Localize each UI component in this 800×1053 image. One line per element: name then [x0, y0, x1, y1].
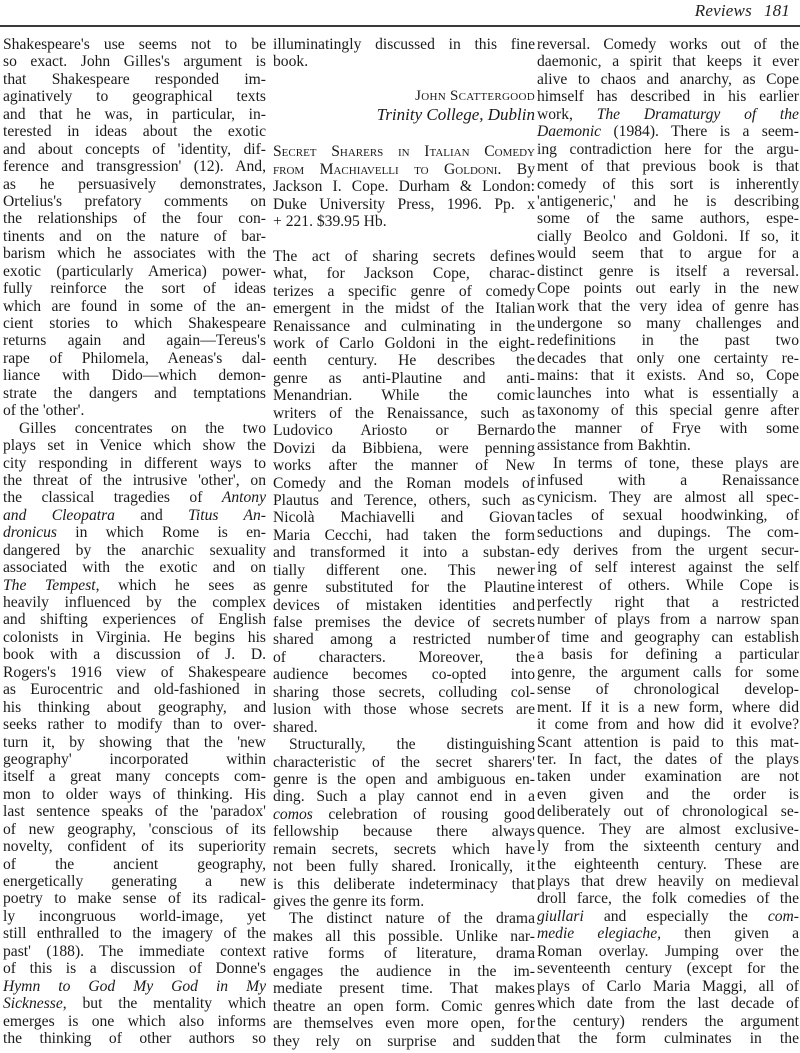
text-line: exotic (particularly America) power- — [3, 263, 266, 280]
text-line: devices of mistaken identities and — [273, 597, 535, 614]
book-by: By — [517, 161, 535, 178]
text-line: Scant attention is paid to this mat- — [537, 734, 799, 751]
text-line: cynicism. They are almost all spec- — [537, 489, 799, 506]
text-line: illuminatingly discussed in this fine — [273, 36, 535, 53]
text-line: would seem that to argue for a — [537, 245, 799, 262]
text-line: himself has described in his earlier — [537, 88, 799, 105]
text-line: 'antigeneric,' and he is describing — [537, 193, 799, 210]
text-line: plays that drew heavily on medieval — [537, 873, 799, 890]
text-line: his thinking about geography, and — [3, 699, 266, 716]
text-line: terizes a specific genre of comedy — [273, 283, 535, 300]
text-line: colonists in Virginia. He begins his — [3, 629, 266, 646]
text-line: of new geography, 'conscious of its — [3, 821, 266, 838]
paragraph: Shakespeare's use seems not to beso exac… — [3, 36, 266, 420]
italic-title: Titus An- — [188, 507, 266, 524]
text-line: characteristic of the secret sharers' — [273, 754, 535, 771]
text-line: fellowship because there always — [273, 823, 535, 840]
text-line: of the 'other'. — [3, 402, 266, 419]
italic-title: and Cleopatra — [3, 507, 115, 524]
text-line: plays set in Venice which show the — [3, 437, 266, 454]
text-line: energetically generating a new — [3, 873, 266, 890]
text-line: aginatively to geographical texts — [3, 88, 266, 105]
paragraph: reversal. Comedy works out of thedaemoni… — [537, 36, 799, 455]
book-title-line-2: from Machiavelli to Goldoni. — [273, 161, 501, 178]
text-line: comedy of this sort is inherently — [537, 176, 799, 193]
text-line: Comedy and the Roman models of — [273, 475, 535, 492]
text-line: seeks rather to modify than to over- — [3, 716, 266, 733]
text-line: returns again and again—Tereus's — [3, 332, 266, 349]
text-line: seductions and dupings. The com- — [537, 524, 799, 541]
text-line: The Tempest, which he sees as — [3, 577, 266, 594]
text-line: shared. — [273, 719, 535, 736]
text-line: Nicolà Machiavelli and Giovan — [273, 509, 535, 526]
text-line: Ortelius's prefatory comments on — [3, 193, 266, 210]
text-line: seventeenth century (except for the — [537, 960, 799, 977]
text-line: ly from the sixteenth century and — [537, 838, 799, 855]
text-line: dangered by the anarchic sexuality — [3, 542, 266, 559]
text-line: taxonomy of this special genre after — [537, 402, 799, 419]
text-line: comos celebration of rousing good — [273, 806, 535, 823]
text-line: the classical tragedies of Antony — [3, 489, 266, 506]
text-line: genre is the open and ambiguous en- — [273, 771, 535, 788]
text-line: Shakespeare's use seems not to be — [3, 36, 266, 53]
text-line: novelty, confident of its superiority — [3, 838, 266, 855]
text-line: Plautus and Terence, others, such as — [273, 492, 535, 509]
running-head-section: Reviews — [695, 1, 752, 20]
text-line: book with a discussion of J. D. — [3, 646, 266, 663]
paragraph: The act of sharing secrets defineswhat, … — [273, 248, 535, 736]
text-line: book. — [273, 53, 535, 70]
text-line: The distinct nature of the drama — [273, 910, 535, 927]
text-line: itself a great many concepts com- — [3, 768, 266, 785]
text-line: number of plays from a narrow span — [537, 611, 799, 628]
text-line: turn it, by showing that the 'new — [3, 734, 266, 751]
text-line: undergone so many challenges and — [537, 315, 799, 332]
review-body: The act of sharing secrets defineswhat, … — [273, 248, 535, 1050]
text-line: work that the very idea of genre has — [537, 298, 799, 315]
text-line: Structurally, the distinguishing — [273, 736, 535, 753]
text-line: it come from and how did it evolve? — [537, 716, 799, 733]
text-line: a basis for defining a particular — [537, 646, 799, 663]
text-line: shared among a restricted number — [273, 631, 535, 648]
text-line: audience becomes co-opted into — [273, 666, 535, 683]
text-line: decades that only one certainty re- — [537, 350, 799, 367]
text-line: taken under examination are not — [537, 768, 799, 785]
text-line: mon to older ways of thinking. His — [3, 786, 266, 803]
text-line: tacles of sexual hoodwinking, of — [537, 507, 799, 524]
text-line: plays of Carlo Maria Maggi, all of — [537, 978, 799, 995]
text-line: rape of Philomela, Aeneas's dal- — [3, 350, 266, 367]
text-line: which date from the last decade of — [537, 995, 799, 1012]
text-line: Jackson I. Cope. Durham & London: — [273, 178, 535, 195]
text-line: ment. If it is a new form, where did — [537, 699, 799, 716]
paragraph: In terms of tone, these plays areinfused… — [537, 455, 799, 1048]
text-line: geography' incorporated within — [3, 751, 266, 768]
text-line: so exact. John Gilles's argument is — [3, 53, 266, 70]
book-publication-details: Jackson I. Cope. Durham & London:Duke Un… — [273, 178, 535, 230]
text-line: lusion with those whose secrets are — [273, 701, 535, 718]
text-line: Roman overlay. Jumping over the — [537, 943, 799, 960]
text-line: genre substituted for the Plautine — [273, 579, 535, 596]
text-line: theatre an open form. Comic genres — [273, 998, 535, 1015]
text-line: and shifting experiences of English — [3, 611, 266, 628]
reviewer-name: John Scattergood — [273, 88, 535, 105]
text-line: Ludovico Ariosto or Bernardo — [273, 422, 535, 439]
text-line: still enthralled to the imagery of the — [3, 925, 266, 942]
text-line: of time and geography can establish — [537, 629, 799, 646]
text-line: droll farce, the folk comedies of the — [537, 890, 799, 907]
text-line: ding. Such a play cannot end in a — [273, 788, 535, 805]
text-line: makes all this possible. Unlike nar- — [273, 928, 535, 945]
italic-title: Daemonic — [537, 123, 601, 140]
text-line: they rely on surprise and sudden — [273, 1033, 535, 1050]
text-line: eenth century. He describes the — [273, 352, 535, 369]
text-line: daemonic, a spirit that keeps it ever — [537, 53, 799, 70]
text-line: Duke University Press, 1996. Pp. x — [273, 196, 535, 213]
page-number: 181 — [764, 1, 790, 20]
text-line: mediate present time. That makes — [273, 980, 535, 997]
text-line: emergent in the midst of the Italian — [273, 300, 535, 317]
text-line: the eighteenth century. These are — [537, 856, 799, 873]
text-line: Sicknesse, but the mentality which — [3, 995, 266, 1012]
text-line: the threat of the intrusive 'other', on — [3, 472, 266, 489]
text-line: terested in ideas about the exotic — [3, 123, 266, 140]
text-line: interest of others. While Cope is — [537, 577, 799, 594]
text-line: associated with the exotic and on — [3, 559, 266, 576]
italic-title: medie elegiache, — [537, 925, 661, 942]
text-line: assistance from Bakhtin. — [537, 437, 799, 454]
text-line: is this deliberate indeterminacy that — [273, 876, 535, 893]
text-line: the relationships of the four con- — [3, 210, 266, 227]
text-line: even given and the order is — [537, 786, 799, 803]
text-line: fully reinforce the sort of ideas — [3, 280, 266, 297]
text-line: sharing those secrets, colluding col- — [273, 684, 535, 701]
text-line: work of Carlo Goldoni in the eight- — [273, 335, 535, 352]
reviewer-signature: John Scattergood Trinity College, Dublin — [273, 88, 535, 125]
text-line: genre as anti-Plautine and anti- — [273, 370, 535, 387]
text-line: Cope points out early in the new — [537, 280, 799, 297]
text-line: sense of chronological develop- — [537, 681, 799, 698]
text-line: remain secrets, secrets which have — [273, 841, 535, 858]
italic-title: giullari — [537, 908, 584, 925]
text-line: tially different one. This newer — [273, 562, 535, 579]
text-line: Maria Cecchi, had taken the form — [273, 527, 535, 544]
text-line: reversal. Comedy works out of the — [537, 36, 799, 53]
text-line: false premises the device of secrets — [273, 614, 535, 631]
text-line: alive to chaos and anarchy, as Cope — [537, 71, 799, 88]
text-line: heavily influenced by the complex — [3, 594, 266, 611]
paragraph: Structurally, the distinguishingcharacte… — [273, 736, 535, 910]
text-line: liance with Dido—which demon- — [3, 367, 266, 384]
text-line: quence. They are almost exclusive- — [537, 821, 799, 838]
text-line: distinct genre is itself a reversal. — [537, 263, 799, 280]
text-line: of characters. Moreover, the — [273, 649, 535, 666]
text-line: ing contradiction here for the argu- — [537, 141, 799, 158]
text-line: the century) renders the argument — [537, 1013, 799, 1030]
text-line: of this is a discussion of Donne's — [3, 960, 266, 977]
text-line: genre, the argument calls for some — [537, 664, 799, 681]
text-line: engages the audience in the im- — [273, 963, 535, 980]
italic-title: Sicknesse — [3, 995, 63, 1012]
text-line: poetry to make sense of its radical- — [3, 890, 266, 907]
text-line: Renaissance and culminating in the — [273, 318, 535, 335]
column-3: reversal. Comedy works out of thedaemoni… — [537, 36, 799, 1047]
text-line: redefinitions in the past two — [537, 332, 799, 349]
text-line: The act of sharing secrets defines — [273, 248, 535, 265]
text-line: and that he was, in particular, in- — [3, 106, 266, 123]
paragraph: Gilles concentrates on the twoplays set … — [3, 420, 266, 1048]
reviewer-institution: Trinity College, Dublin — [273, 106, 535, 126]
text-line: gives the genre its form. — [273, 893, 535, 910]
text-line: launches into what is essentially a — [537, 385, 799, 402]
italic-title: Antony — [222, 489, 266, 506]
text-line: what, for Jackson Cope, charac- — [273, 265, 535, 282]
text-line: last sentence speaks of the 'paradox' — [3, 803, 266, 820]
italic-title: The Dramaturgy of the — [597, 106, 799, 123]
running-head: Reviews181 — [0, 0, 800, 22]
book-heading: Secret Sharers in Italian Comedy from Ma… — [273, 143, 535, 230]
text-line: are themselves even more open, for — [273, 1015, 535, 1032]
text-line: works after the manner of New — [273, 457, 535, 474]
text-line: and transformed it into a substan- — [273, 544, 535, 561]
text-line: Daemonic (1984). There is a seem- — [537, 123, 799, 140]
text-line: perfectly right that a restricted — [537, 594, 799, 611]
italic-title: comos — [273, 806, 313, 823]
text-line: tinents and on the nature of bar- — [3, 228, 266, 245]
text-line: of the ancient geography, — [3, 856, 266, 873]
italic-title: Hymn to God My God in My — [3, 978, 266, 995]
text-line: mains: that it exists. And so, Cope — [537, 367, 799, 384]
text-line: emerges is one which also informs — [3, 1013, 266, 1030]
text-line: not been fully shared. Ironically, it — [273, 858, 535, 875]
column-2: illuminatingly discussed in this fineboo… — [273, 36, 535, 1050]
text-line: as Eurocentric and old-fashioned in — [3, 681, 266, 698]
text-line: In terms of tone, these plays are — [537, 455, 799, 472]
text-line: medie elegiache, then given a — [537, 925, 799, 942]
text-line: the thinking of other authors so — [3, 1030, 266, 1047]
text-line: barism which he associates with the — [3, 245, 266, 262]
text-line: strate the dangers and temptations — [3, 385, 266, 402]
header-rule — [0, 25, 800, 27]
text-line: deliberately out of chronological se- — [537, 803, 799, 820]
text-line: the manner of Frye with some — [537, 420, 799, 437]
italic-title: The Tempest — [3, 577, 96, 594]
text-line: ment of that previous book is that — [537, 158, 799, 175]
text-line: writers of the Renaissance, such as — [273, 405, 535, 422]
text-line: which are found in some of the an- — [3, 298, 266, 315]
text-line: as he persuasively demonstrates, — [3, 176, 266, 193]
text-line: Hymn to God My God in My — [3, 978, 266, 995]
text-line: dronicus in which Rome is en- — [3, 524, 266, 541]
text-line: cially Beolco and Goldoni. If so, it — [537, 228, 799, 245]
text-line: and Cleopatra and Titus An- — [3, 507, 266, 524]
text-line: ly incongruous world-image, yet — [3, 908, 266, 925]
text-line: cient stories to which Shakespeare — [3, 315, 266, 332]
column-1: Shakespeare's use seems not to beso exac… — [3, 36, 266, 1047]
text-line: + 221. $39.95 Hb. — [273, 213, 535, 230]
text-line: giullari and especially the com- — [537, 908, 799, 925]
text-line: infused with a Renaissance — [537, 472, 799, 489]
italic-title: com- — [768, 908, 799, 925]
text-line: ter. In fact, the dates of the plays — [537, 751, 799, 768]
text-line: rative forms of literature, drama — [273, 945, 535, 962]
text-line: ference and transgression' (12). And, — [3, 158, 266, 175]
text-line: Gilles concentrates on the two — [3, 420, 266, 437]
text-line: Dovizi da Bibbiena, were penning — [273, 440, 535, 457]
text-line: past' (188). The immediate context — [3, 943, 266, 960]
text-line: some of the same authors, espe- — [537, 210, 799, 227]
book-title-line-1: Secret Sharers in Italian Comedy — [273, 143, 535, 160]
text-line: edy derives from the urgent secur- — [537, 542, 799, 559]
text-line: work, The Dramaturgy of the — [537, 106, 799, 123]
text-line: ing of self interest against the self — [537, 559, 799, 576]
text-line: city responding in different ways to — [3, 455, 266, 472]
continuation-text: illuminatingly discussed in this fineboo… — [273, 36, 535, 71]
text-line: that Shakespeare responded im- — [3, 71, 266, 88]
italic-title: dronicus — [3, 524, 57, 541]
text-line: that the form culminates in the — [537, 1030, 799, 1047]
paragraph: The distinct nature of the dramamakes al… — [273, 910, 535, 1050]
text-line: and about concepts of 'identity, dif- — [3, 141, 266, 158]
text-line: Rogers's 1916 view of Shakespeare — [3, 664, 266, 681]
text-line: Menandrian. While the comic — [273, 387, 535, 404]
